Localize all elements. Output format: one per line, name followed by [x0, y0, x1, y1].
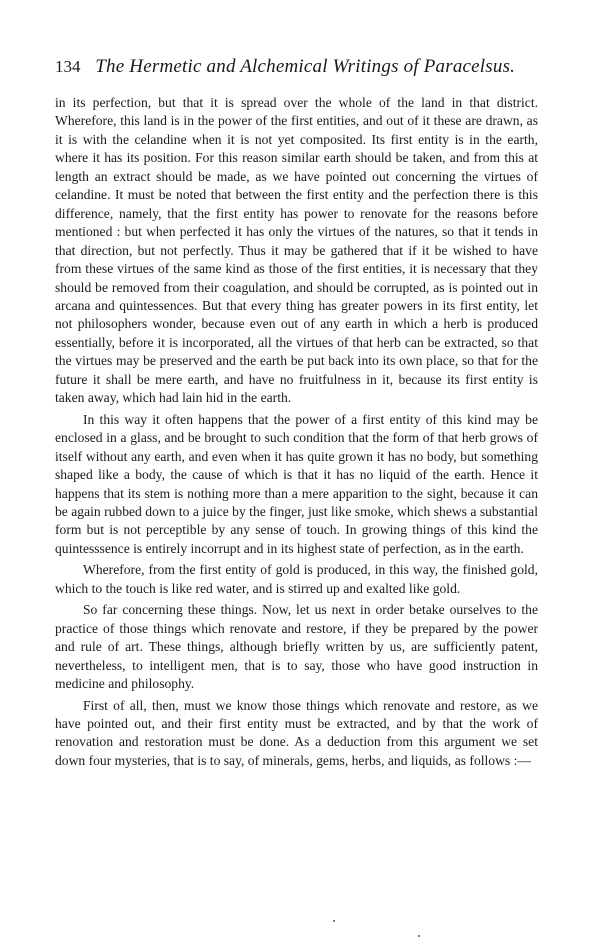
paragraph-3: Wherefore, from the first entity of gold… — [55, 561, 538, 598]
body-text: in its perfection, but that it is spread… — [55, 94, 538, 770]
page-number: 134 — [55, 57, 81, 76]
scan-speck — [333, 920, 335, 922]
paragraph-2: In this way it often happens that the po… — [55, 411, 538, 559]
running-title: The Hermetic and Alchemical Writings of … — [95, 56, 515, 77]
book-page: 134 The Hermetic and Alchemical Writings… — [0, 0, 591, 950]
paragraph-4: So far concerning these things. Now, let… — [55, 601, 538, 693]
paragraph-5: First of all, then, must we know those t… — [55, 697, 538, 771]
paragraph-1: in its perfection, but that it is spread… — [55, 94, 538, 408]
running-header: 134 The Hermetic and Alchemical Writings… — [55, 55, 545, 79]
scan-speck — [418, 935, 420, 937]
